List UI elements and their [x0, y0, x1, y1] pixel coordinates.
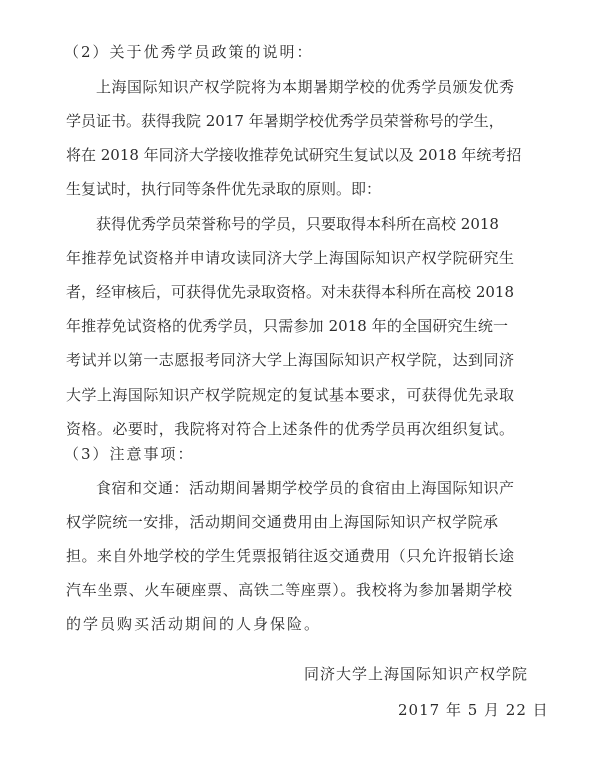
paragraph-line: 食宿和交通：活动期间暑期学校学员的食宿由上海国际知识产	[96, 478, 514, 498]
paragraph-line: 年推荐免试资格的优秀学员，只需参加 2018 年的全国研究生统一	[66, 316, 508, 336]
paragraph-line: 生复试时，执行同等条件优先录取的原则。即：	[66, 179, 316, 199]
paragraph-line: 汽车坐票、火车硬座票、高铁二等座票）。我校将为参加暑期学校	[66, 580, 512, 600]
paragraph-line: 获得优秀学员荣誉称号的学员，只要取得本科所在高校 2018	[96, 214, 498, 234]
section-heading-2: （2）关于优秀学员政策的说明：	[64, 42, 324, 62]
paragraph-line: 学员证书。获得我院 2017 年暑期学校优秀学员荣誉称号的学生，	[66, 111, 494, 131]
paragraph-line: 担。来自外地学校的学生凭票报销往返交通费用（只允许报销长途	[66, 546, 514, 566]
signature-date: 2017 年 5 月 22 日	[398, 700, 518, 720]
paragraph-line: 大学上海国际知识产权学院规定的复试基本要求，可获得优先录取	[66, 385, 514, 405]
paragraph-line: 权学院统一安排，活动期间交通费用由上海国际知识产权学院承	[66, 512, 498, 532]
signature-organization: 同济大学上海国际知识产权学院	[304, 664, 518, 684]
paragraph-line: 者，经审核后，可获得优先录取资格。对未获得本科所在高校 2018	[66, 282, 514, 302]
paragraph-line: 将在 2018 年同济大学接收推荐免试研究生复试以及 2018 年统考招	[66, 145, 514, 165]
section-heading-3: （3）注意事项：	[64, 444, 184, 464]
paragraph-line: 的学员购买活动期间的人身保险。	[66, 614, 286, 634]
paragraph-line: 年推荐免试资格并申请攻读同济大学上海国际知识产权学院研究生	[66, 248, 514, 268]
paragraph-line: 资格。必要时，我院将对符合上述条件的优秀学员再次组织复试。	[66, 419, 514, 439]
paragraph-line: 上海国际知识产权学院将为本期暑期学校的优秀学员颁发优秀	[96, 77, 514, 97]
paragraph-line: 考试并以第一志愿报考同济大学上海国际知识产权学院，达到同济	[66, 350, 514, 370]
